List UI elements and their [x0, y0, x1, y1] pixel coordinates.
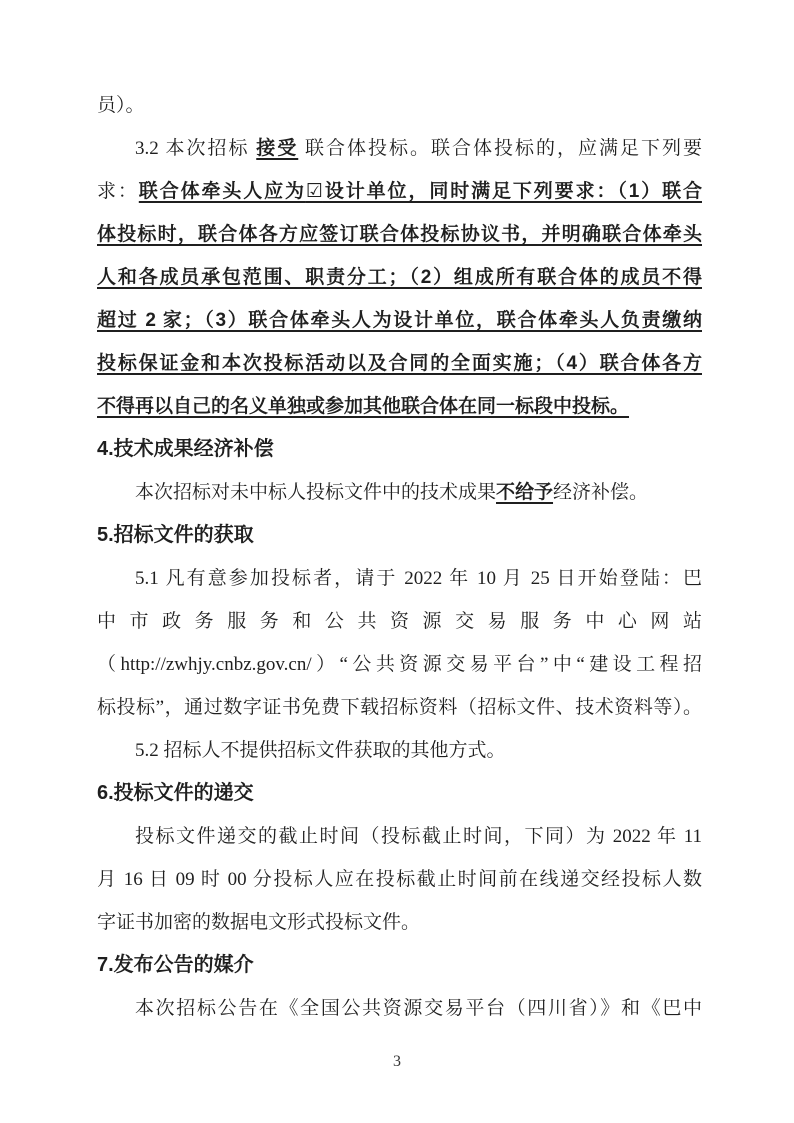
text-segment: 月 16 日 09 时 00 分投标人应在投标截止时间前在线递交经投标人数 — [97, 869, 702, 890]
text-segment: 求： — [97, 181, 139, 202]
line-sec32-1: 3.2 本次招标 接受 联合体投标。联合体投标的，应满足下列要 — [97, 127, 702, 170]
page-footer: 3 — [0, 1053, 794, 1071]
heading-text: 7.发布公告的媒介 — [97, 954, 254, 976]
text-segment: 投标文件递交的截止时间（投标截止时间，下同）为 2022 年 11 — [135, 826, 702, 847]
line-sec32-3: 体投标时，联合体各方应签订联合体投标协议书，并明确联合体牵头 — [97, 213, 702, 256]
heading-sec4: 4.技术成果经济补偿 — [97, 428, 702, 471]
line-sec32-7: 不得再以自己的名义单独或参加其他联合体在同一标段中投标。 — [97, 385, 702, 428]
line-sec32-4: 人和各成员承包范围、职责分工；（2）组成所有联合体的成员不得 — [97, 256, 702, 299]
line-sec4-1: 本次招标对未中标人投标文件中的技术成果不给予经济补偿。 — [97, 471, 702, 514]
bold-underline-segment: 超过 2 家；（3）联合体牵头人为设计单位，联合体牵头人负责缴纳 — [97, 310, 702, 331]
bold-underline-segment: 不得再以自己的名义单独或参加其他联合体在同一标段中投标。 — [97, 396, 629, 417]
line-sec6-2: 月 16 日 09 时 00 分投标人应在投标截止时间前在线递交经投标人数 — [97, 858, 702, 901]
line-sec5-5: 5.2 招标人不提供招标文件获取的其他方式。 — [97, 729, 702, 772]
heading-text: 4.技术成果经济补偿 — [97, 438, 274, 460]
line-sec32-5: 超过 2 家；（3）联合体牵头人为设计单位，联合体牵头人负责缴纳 — [97, 299, 702, 342]
page-number: 3 — [393, 1053, 401, 1070]
bold-underline-segment: 设计单位，同时满足下列要求：（1）联合 — [323, 181, 702, 202]
line-sec5-2: 中市政务服务和公共资源交易服务中心网站 — [97, 600, 702, 643]
heading-sec6: 6.投标文件的递交 — [97, 772, 702, 815]
line-sec6-1: 投标文件递交的截止时间（投标截止时间，下同）为 2022 年 11 — [97, 815, 702, 858]
text-segment: 员）。 — [97, 95, 145, 116]
text-segment: 3.2 本次招标 — [135, 138, 256, 159]
text-segment: 经济补偿。 — [553, 482, 648, 503]
line-sec6-3: 字证书加密的数据电文形式投标文件。 — [97, 901, 702, 944]
line-sec7-1: 本次招标公告在《全国公共资源交易平台（四川省）》和《巴中 — [97, 987, 702, 1030]
heading-text: 5.招标文件的获取 — [97, 524, 254, 546]
line-sec5-4: 标投标”，通过数字证书免费下载招标资料（招标文件、技术资料等）。 — [97, 686, 702, 729]
line-sec32-6: 投标保证金和本次投标活动以及合同的全面实施；（4）联合体各方 — [97, 342, 702, 385]
line-carryover: 员）。 — [97, 84, 702, 127]
bold-underline-segment: 联合体牵头人应为 — [139, 181, 306, 202]
heading-text: 6.投标文件的递交 — [97, 782, 254, 804]
bold-underline-segment: 投标保证金和本次投标活动以及合同的全面实施；（4）联合体各方 — [97, 353, 702, 374]
heading-sec5: 5.招标文件的获取 — [97, 514, 702, 557]
line-sec5-3: （http://zwhjy.cnbz.gov.cn/）“公共资源交易平台”中“建… — [97, 643, 702, 686]
text-segment: 5.1 凡有意参加投标者，请于 2022 年 10 月 25 日开始登陆：巴 — [135, 568, 702, 589]
bold-underline-segment: 人和各成员承包范围、职责分工；（2）组成所有联合体的成员不得 — [97, 267, 702, 288]
text-segment: 中市政务服务和公共资源交易服务中心网站 — [97, 611, 702, 632]
text-segment: （http://zwhjy.cnbz.gov.cn/）“公共资源交易平台”中“建… — [97, 654, 702, 675]
text-segment: 标投标”，通过数字证书免费下载招标资料（招标文件、技术资料等）。 — [97, 697, 702, 718]
heading-sec7: 7.发布公告的媒介 — [97, 944, 702, 987]
bold-underline-segment: 不给予 — [496, 482, 553, 503]
checked-checkbox-icon: ☑ — [306, 181, 323, 202]
text-segment: 本次招标对未中标人投标文件中的技术成果 — [135, 482, 496, 503]
text-segment: 字证书加密的数据电文形式投标文件。 — [97, 912, 420, 933]
bold-underline-segment: 体投标时，联合体各方应签订联合体投标协议书，并明确联合体牵头 — [97, 224, 702, 245]
line-sec32-2: 求：联合体牵头人应为☑设计单位，同时满足下列要求：（1）联合 — [97, 170, 702, 213]
document-page: 员）。 3.2 本次招标 接受 联合体投标。联合体投标的，应满足下列要 求：联合… — [0, 0, 794, 1123]
line-sec5-1: 5.1 凡有意参加投标者，请于 2022 年 10 月 25 日开始登陆：巴 — [97, 557, 702, 600]
text-segment: 联合体投标。联合体投标的，应满足下列要 — [298, 138, 702, 159]
text-segment: 本次招标公告在《全国公共资源交易平台（四川省）》和《巴中 — [135, 998, 702, 1019]
text-segment: 5.2 招标人不提供招标文件获取的其他方式。 — [135, 740, 506, 761]
bold-underline-segment: 接受 — [256, 138, 298, 159]
